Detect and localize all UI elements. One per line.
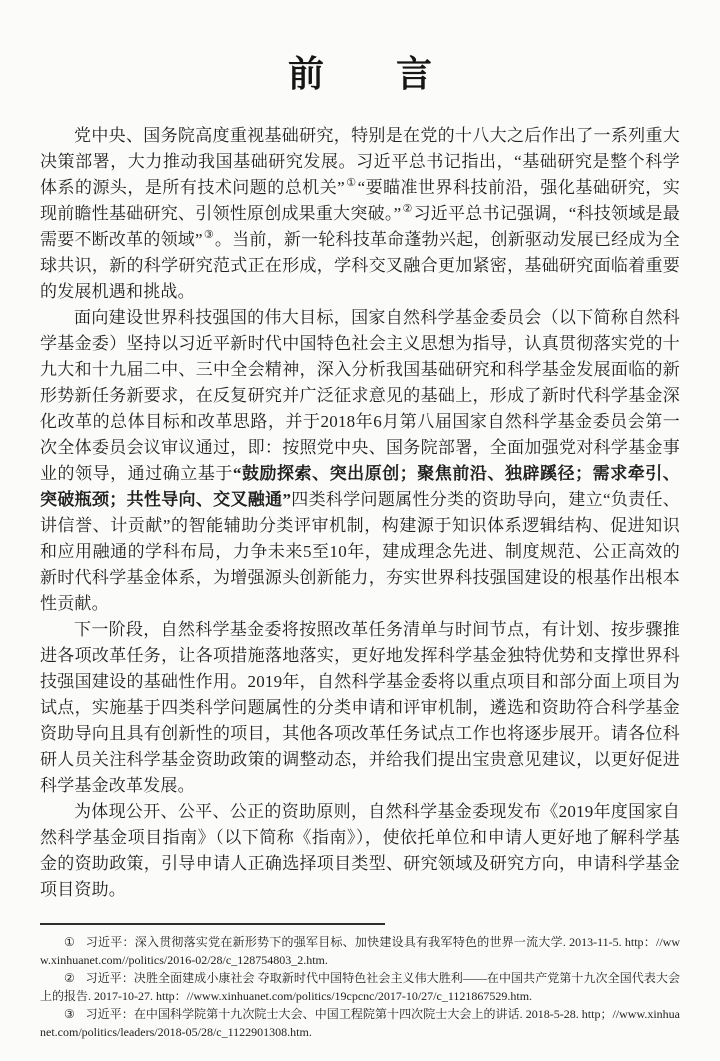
footnote-2-text: 习近平：决胜全面建成小康社会 夺取新时代中国特色社会主义伟大胜利——在中国共产党…	[40, 971, 680, 1003]
footnote-3-text: 习近平：在中国科学院第十九次院士大会、中国工程院第十四次院士大会上的讲话. 20…	[40, 1007, 680, 1039]
page-title: 前 言	[40, 46, 680, 97]
paragraph-4: 为体现公开、公平、公正的资助原则，自然科学基金委现发布《2019年度国家自然科学…	[40, 799, 680, 903]
footnote-1: ①习近平：深入贯彻落实党在新形势下的强军目标、加快建设具有我军特色的世界一流大学…	[40, 933, 680, 969]
footnote-1-marker: ①	[64, 935, 75, 949]
footnote-ref-2: ②	[401, 203, 413, 215]
document-page: 前 言 党中央、国务院高度重视基础研究，特别是在党的十八大之后作出了一系列重大决…	[0, 0, 720, 1061]
footnote-2: ②习近平：决胜全面建成小康社会 夺取新时代中国特色社会主义伟大胜利——在中国共产…	[40, 969, 680, 1005]
paragraph-2-text: 面向建设世界科技强国的伟大目标，国家自然科学基金委员会（以下简称自然科学基金委）…	[40, 308, 680, 483]
footnotes-section: ①习近平：深入贯彻落实党在新形势下的强军目标、加快建设具有我军特色的世界一流大学…	[40, 933, 680, 1041]
paragraph-1: 党中央、国务院高度重视基础研究，特别是在党的十八大之后作出了一系列重大决策部署，…	[40, 123, 680, 305]
footnote-ref-3: ③	[203, 229, 215, 241]
footnote-2-marker: ②	[64, 971, 75, 985]
footnote-3-marker: ③	[64, 1007, 75, 1021]
footnote-3: ③习近平：在中国科学院第十九次院士大会、中国工程院第十四次院士大会上的讲话. 2…	[40, 1005, 680, 1041]
footnote-ref-1: ①	[345, 177, 358, 189]
paragraph-3: 下一阶段，自然科学基金委将按照改革任务清单与时间节点，有计划、按步骤推进各项改革…	[40, 617, 680, 799]
footnote-separator	[40, 923, 385, 925]
footnote-1-text: 习近平：深入贯彻落实党在新形势下的强军目标、加快建设具有我军特色的世界一流大学.…	[40, 935, 680, 967]
paragraph-2: 面向建设世界科技强国的伟大目标，国家自然科学基金委员会（以下简称自然科学基金委）…	[40, 305, 680, 617]
